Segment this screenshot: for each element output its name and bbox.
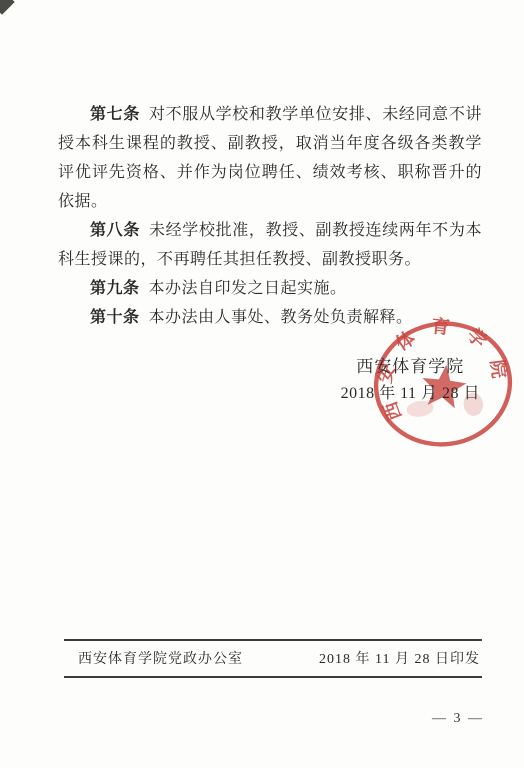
signature-organization: 西安体育学院: [341, 353, 480, 380]
signature-date: 2018 年 11 月 28 日: [341, 380, 480, 407]
article-8: 第八条未经学校批准，教授、副教授连续两年不为本科生授课的，不再聘任其担任教授、副…: [58, 216, 482, 274]
article-10-text: 本办法由人事处、教务处负责解释。: [149, 309, 413, 326]
page-number: — 3 —: [432, 711, 484, 727]
article-9-label: 第九条: [90, 280, 140, 297]
footer-imprint-strip: 西安体育学院党政办公室 2018 年 11 月 28 日印发: [64, 639, 482, 678]
article-8-label: 第八条: [90, 222, 140, 239]
article-9-text: 本办法自印发之日起实施。: [149, 280, 347, 297]
article-9: 第九条本办法自印发之日起实施。: [58, 274, 482, 303]
article-7: 第七条对不服从学校和教学单位安排、未经同意不讲授本科生课程的教授、副教授，取消当…: [58, 100, 482, 216]
signature-block: 西安体育学院 2018 年 11 月 28 日: [341, 353, 480, 407]
footer-print-date: 2018 年 11 月 28 日印发: [319, 648, 480, 668]
scanned-document-page: 第七条对不服从学校和教学单位安排、未经同意不讲授本科生课程的教授、副教授，取消当…: [0, 0, 524, 768]
scan-corner-artifact: [0, 0, 15, 15]
document-body: 第七条对不服从学校和教学单位安排、未经同意不讲授本科生课程的教授、副教授，取消当…: [58, 100, 482, 332]
footer-issuer: 西安体育学院党政办公室: [66, 648, 243, 668]
article-7-label: 第七条: [90, 106, 140, 123]
article-10-label: 第十条: [90, 309, 140, 326]
